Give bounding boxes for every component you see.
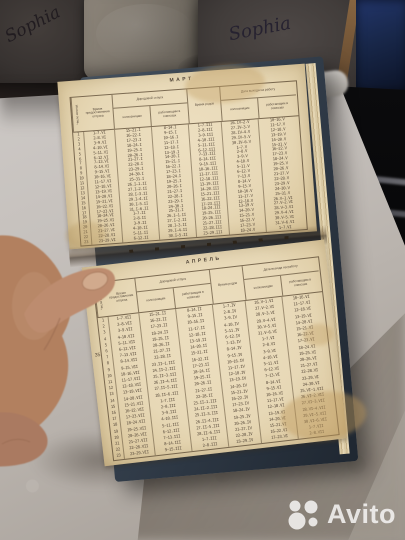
subheader-sovkhoz: работающим в совхозах — [150, 103, 188, 126]
subheader-sovkhoz: работающим в совхозах — [258, 95, 296, 118]
header-birth-time: Время родов — [210, 266, 247, 304]
dark-blue-object — [356, 0, 405, 92]
avito-wordmark: Avito — [327, 499, 396, 530]
column-return-sovkhoz: 10—16.V 11—17.V 12—18.V 13—19.V 14—20.V … — [259, 116, 304, 231]
photo-scene: Sophia Sophia МАРТ Число месяца Время пр… — [0, 0, 405, 540]
subheader-kolkhoz: колхозницам — [113, 106, 151, 129]
hand — [0, 216, 152, 496]
header-leave-start: Время предоставления отпуска — [82, 95, 115, 131]
header-group-prenatal-leave: Дородовой отпуск колхозницам работающим … — [112, 89, 189, 128]
avito-watermark: Avito — [286, 496, 396, 532]
blanket-fold-highlight — [96, 4, 196, 64]
avito-logo-icon — [286, 496, 322, 532]
